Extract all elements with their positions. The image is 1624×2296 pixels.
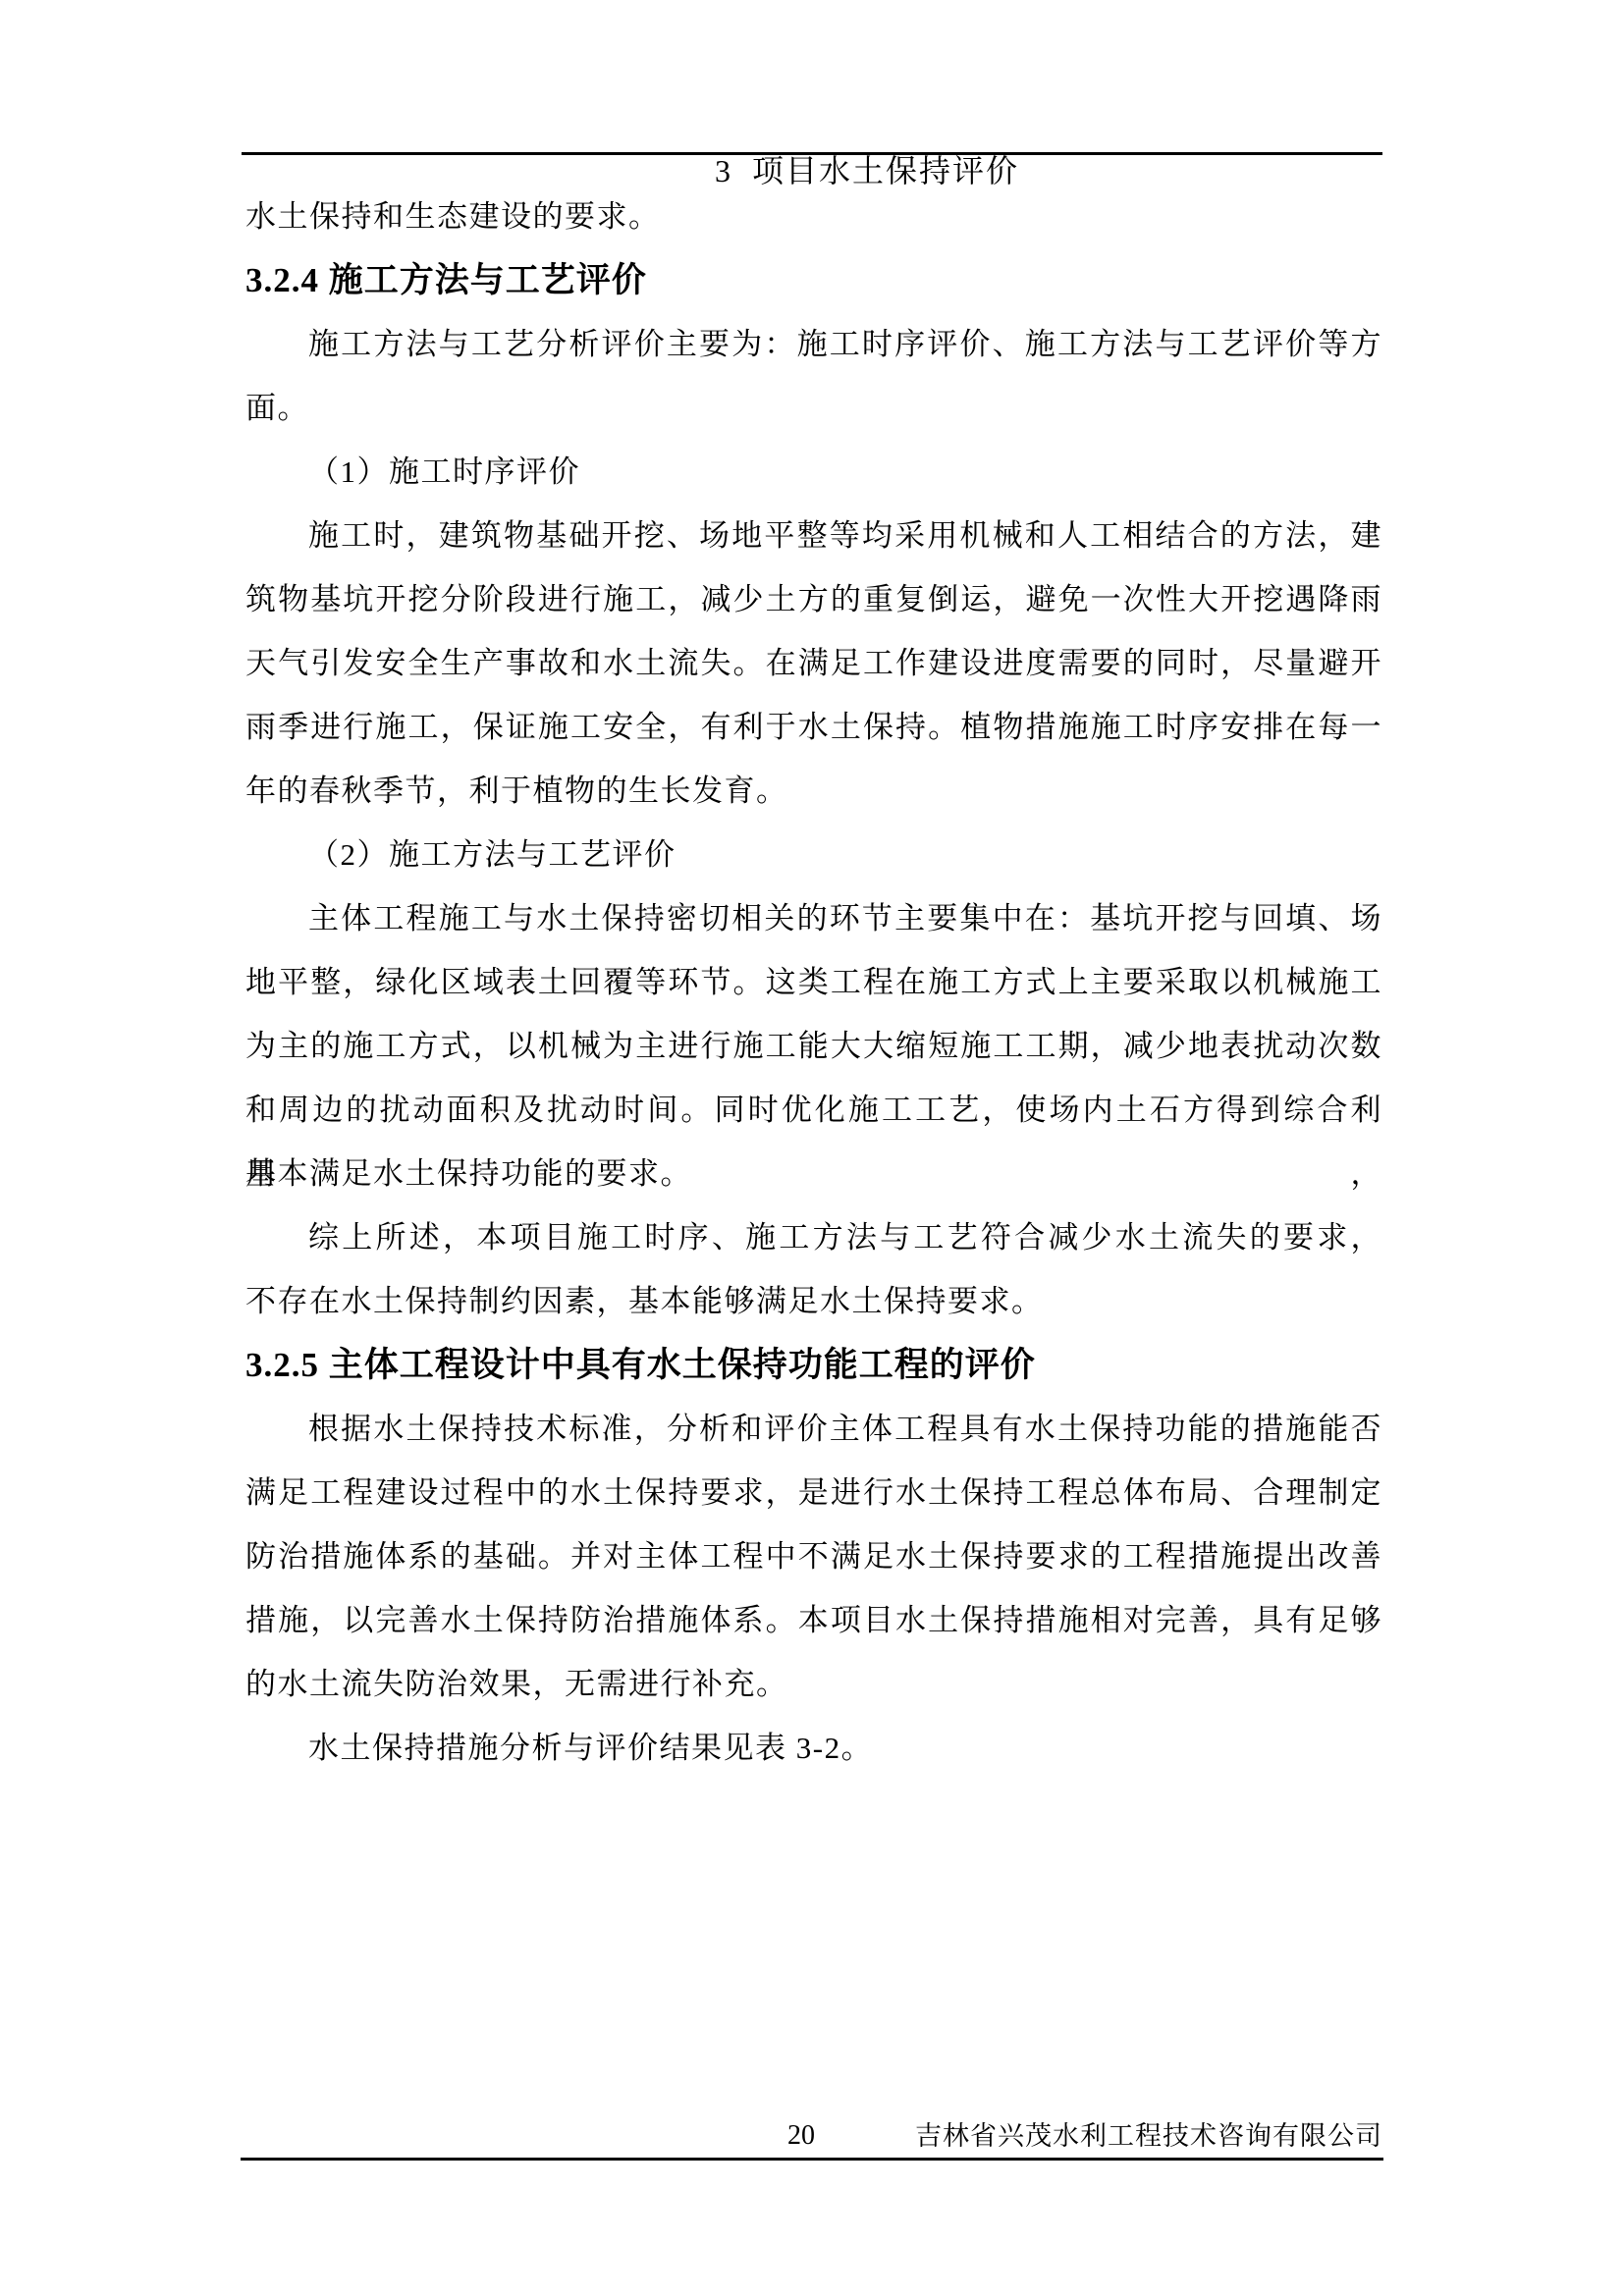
- text-line: 天气引发安全生产事故和水土流失。在满足工作建设进度需要的同时，尽量避开: [245, 631, 1382, 695]
- text-line: 筑物基坑开挖分阶段进行施工，减少土方的重复倒运，避免一次性大开挖遇降雨: [245, 567, 1382, 631]
- text-line: 不存在水土保持制约因素，基本能够满足水土保持要求。: [245, 1269, 1382, 1333]
- text-line: 年的春秋季节，利于植物的生长发育。: [245, 759, 1382, 823]
- text-line: （2）施工方法与工艺评价: [245, 823, 1382, 886]
- text-line: 雨季进行施工，保证施工安全，有利于水土保持。植物措施施工时序安排在每一: [245, 695, 1382, 759]
- text-line: （1）施工时序评价: [245, 440, 1382, 504]
- text-line: 地平整，绿化区域表土回覆等环节。这类工程在施工方式上主要采取以机械施工: [245, 950, 1382, 1014]
- section-heading: 3.2.4 施工方法与工艺评价: [245, 248, 1382, 312]
- text-line: 防治措施体系的基础。并对主体工程中不满足水土保持要求的工程措施提出改善: [245, 1524, 1382, 1588]
- document-body: 水土保持和生态建设的要求。3.2.4 施工方法与工艺评价施工方法与工艺分析评价主…: [245, 185, 1382, 1780]
- page-footer: 20 吉林省兴茂水利工程技术咨询有限公司: [242, 2116, 1382, 2156]
- text-line: 水土保持措施分析与评价结果见表 3-2。: [245, 1716, 1382, 1780]
- footer-rule: [241, 2158, 1383, 2161]
- text-line: 的水土流失防治效果，无需进行补充。: [245, 1652, 1382, 1716]
- text-line: 主体工程施工与水土保持密切相关的环节主要集中在：基坑开挖与回填、场: [245, 886, 1382, 950]
- page-header: 3 项目水土保持评价: [242, 106, 1382, 149]
- text-line: 措施，以完善水土保持防治措施体系。本项目水土保持措施相对完善，具有足够: [245, 1588, 1382, 1652]
- text-line: 面。: [245, 376, 1382, 440]
- section-heading: 3.2.5 主体工程设计中具有水土保持功能工程的评价: [245, 1333, 1382, 1397]
- text-line: 施工时，建筑物基础开挖、场地平整等均采用机械和人工相结合的方法，建: [245, 504, 1382, 567]
- text-line: 水土保持和生态建设的要求。: [245, 185, 1382, 248]
- header-rule: [242, 152, 1382, 155]
- text-line: 和周边的扰动面积及扰动时间。同时优化施工工艺，使场内土石方得到综合利用，: [245, 1078, 1382, 1142]
- text-line: 根据水土保持技术标准，分析和评价主体工程具有水土保持功能的措施能否: [245, 1397, 1382, 1461]
- text-line: 综上所述，本项目施工时序、施工方法与工艺符合减少水土流失的要求，: [245, 1205, 1382, 1269]
- text-line: 施工方法与工艺分析评价主要为：施工时序评价、施工方法与工艺评价等方: [245, 312, 1382, 376]
- footer-company: 吉林省兴茂水利工程技术咨询有限公司: [915, 2116, 1382, 2156]
- page: 3 项目水土保持评价 水土保持和生态建设的要求。3.2.4 施工方法与工艺评价施…: [0, 0, 1624, 2296]
- text-line: 满足工程建设过程中的水土保持要求，是进行水土保持工程总体布局、合理制定: [245, 1461, 1382, 1524]
- text-line: 为主的施工方式，以机械为主进行施工能大大缩短施工工期，减少地表扰动次数: [245, 1014, 1382, 1078]
